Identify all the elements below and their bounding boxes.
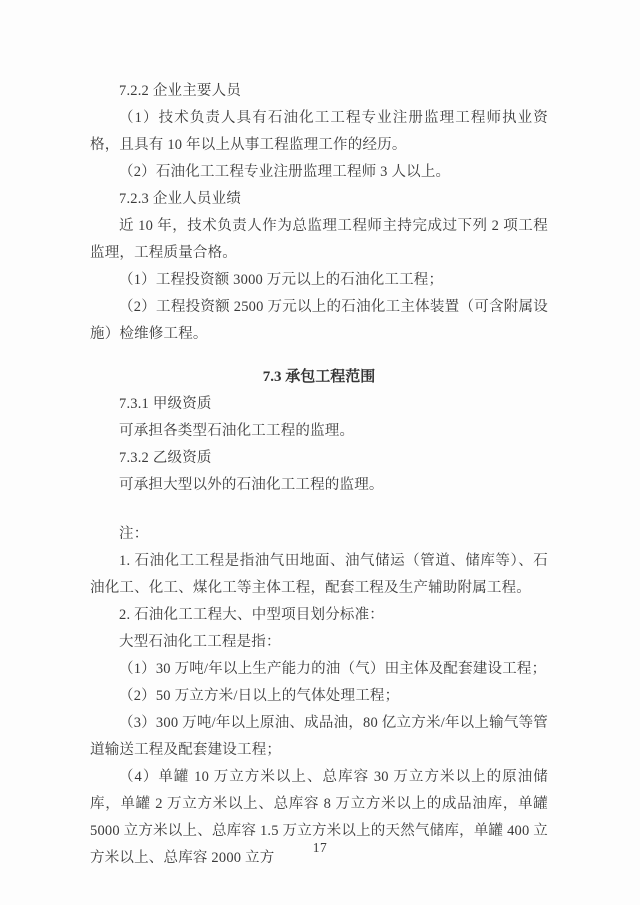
heading-7-2-2: 7.2.2 企业主要人员 xyxy=(90,78,548,105)
para-7-2-2-item-1: （1）技术负责人具有石油化工工程专业注册监理工程师执业资格，且具有 10 年以上… xyxy=(90,105,548,159)
heading-7-3-2: 7.3.2 乙级资质 xyxy=(90,445,548,472)
heading-7-3: 7.3 承包工程范围 xyxy=(90,364,548,391)
document-page: 7.2.2 企业主要人员 （1）技术负责人具有石油化工工程专业注册监理工程师执业… xyxy=(0,0,640,905)
note-large-intro: 大型石油化工工程是指： xyxy=(90,629,548,656)
note-large-item-2: （2）50 万立方米/日以上的气体处理工程； xyxy=(90,683,548,710)
para-7-2-3-intro: 近 10 年，技术负责人作为总监理工程师主持完成过下列 2 项工程监理，工程质量… xyxy=(90,213,548,267)
para-7-2-3-item-1: （1）工程投资额 3000 万元以上的石油化工工程； xyxy=(90,267,548,294)
page-number: 17 xyxy=(0,834,640,861)
para-7-2-3-item-2: （2）工程投资额 2500 万元以上的石油化工主体装置（可含附属设施）检维修工程… xyxy=(90,294,548,348)
note-large-item-3: （3）300 万吨/年以上原油、成品油，80 亿立方米/年以上输气等管道输送工程… xyxy=(90,710,548,764)
note-2: 2. 石油化工工程大、中型项目划分标准： xyxy=(90,602,548,629)
para-7-2-2-item-2: （2）石油化工工程专业注册监理工程师 3 人以上。 xyxy=(90,159,548,186)
note-1: 1. 石油化工工程是指油气田地面、油气储运（管道、储库等）、石油化工、化工、煤化… xyxy=(90,548,548,602)
note-large-item-1: （1）30 万吨/年以上生产能力的油（气）田主体及配套建设工程； xyxy=(90,656,548,683)
heading-7-3-1: 7.3.1 甲级资质 xyxy=(90,391,548,418)
notes-label: 注： xyxy=(90,521,548,548)
para-7-3-2-body: 可承担大型以外的石油化工工程的监理。 xyxy=(90,472,548,499)
para-7-3-1-body: 可承担各类型石油化工工程的监理。 xyxy=(90,418,548,445)
heading-7-2-3: 7.2.3 企业人员业绩 xyxy=(90,186,548,213)
